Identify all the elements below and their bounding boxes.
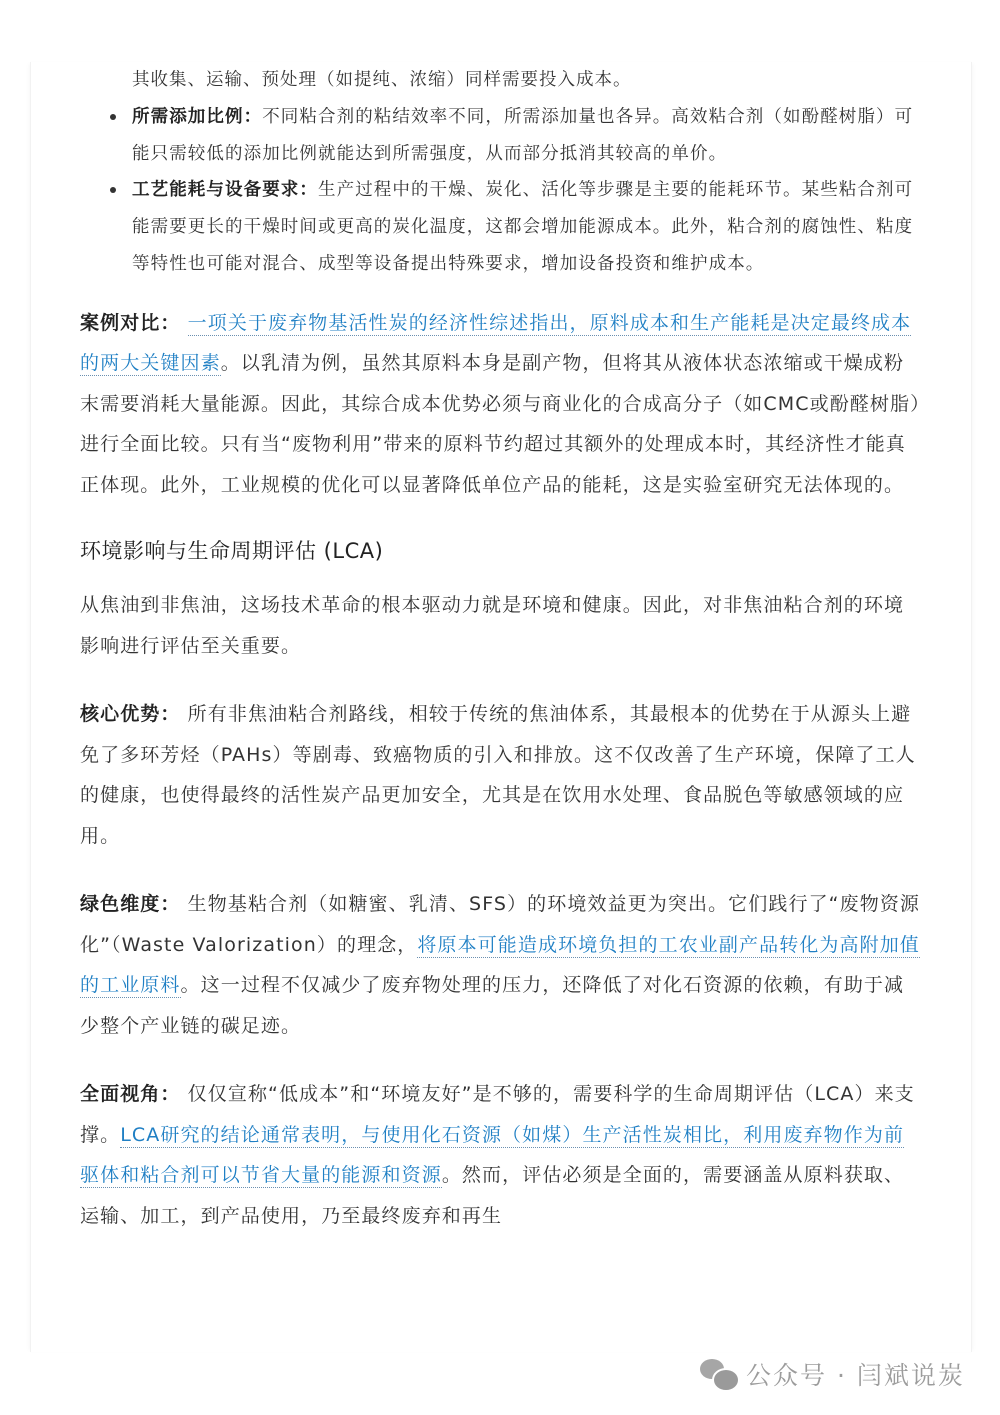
- green-text-2: 。这一过程不仅减少了废弃物处理的压力，还降低了对化石资源的依赖，有助于减少整个产…: [80, 974, 904, 1037]
- case-label: 案例对比：: [80, 312, 181, 334]
- list-item: 所需添加比例：不同粘合剂的粘结效率不同，所需添加量也各异。高效粘合剂（如酚醛树脂…: [80, 99, 922, 173]
- wechat-icon: [700, 1359, 738, 1389]
- list-item: 工艺能耗与设备要求：生产过程中的干燥、炭化、活化等步骤是主要的能耗环节。某些粘合…: [80, 172, 922, 282]
- holistic-paragraph: 全面视角： 仅仅宣称“低成本”和“环境友好”是不够的，需要科学的生命周期评估（L…: [80, 1074, 922, 1236]
- bullet-label: 所需添加比例：: [132, 107, 262, 127]
- holistic-label: 全面视角：: [80, 1083, 181, 1105]
- core-label: 核心优势：: [80, 703, 181, 725]
- green-label: 绿色维度：: [80, 893, 181, 915]
- cost-factor-list: 所需添加比例：不同粘合剂的粘结效率不同，所需添加量也各异。高效粘合剂（如酚醛树脂…: [80, 99, 922, 283]
- continuation-line: 其收集、运输、预处理（如提纯、浓缩）同样需要投入成本。: [80, 62, 922, 99]
- article-body: 其收集、运输、预处理（如提纯、浓缩）同样需要投入成本。 所需添加比例：不同粘合剂…: [80, 62, 922, 1236]
- core-text: 所有非焦油粘合剂路线，相较于传统的焦油体系，其最根本的优势在于从源头上避免了多环…: [80, 703, 916, 847]
- watermark-text: 公众号 · 闫斌说炭: [746, 1356, 965, 1392]
- bullet-label: 工艺能耗与设备要求：: [132, 180, 318, 200]
- core-paragraph: 核心优势： 所有非焦油粘合剂路线，相较于传统的焦油体系，其最根本的优势在于从源头…: [80, 694, 922, 856]
- green-paragraph: 绿色维度： 生物基粘合剂（如糖蜜、乳清、SFS）的环境效益更为突出。它们践行了“…: [80, 884, 922, 1046]
- case-paragraph: 案例对比： 一项关于废弃物基活性炭的经济性综述指出，原料成本和生产能耗是决定最终…: [80, 303, 922, 506]
- intro-paragraph: 从焦油到非焦油，这场技术革命的根本驱动力就是环境和健康。因此，对非焦油粘合剂的环…: [80, 585, 922, 666]
- section-title: 环境影响与生命周期评估 (LCA): [80, 535, 922, 565]
- wechat-watermark: 公众号 · 闫斌说炭: [700, 1356, 965, 1392]
